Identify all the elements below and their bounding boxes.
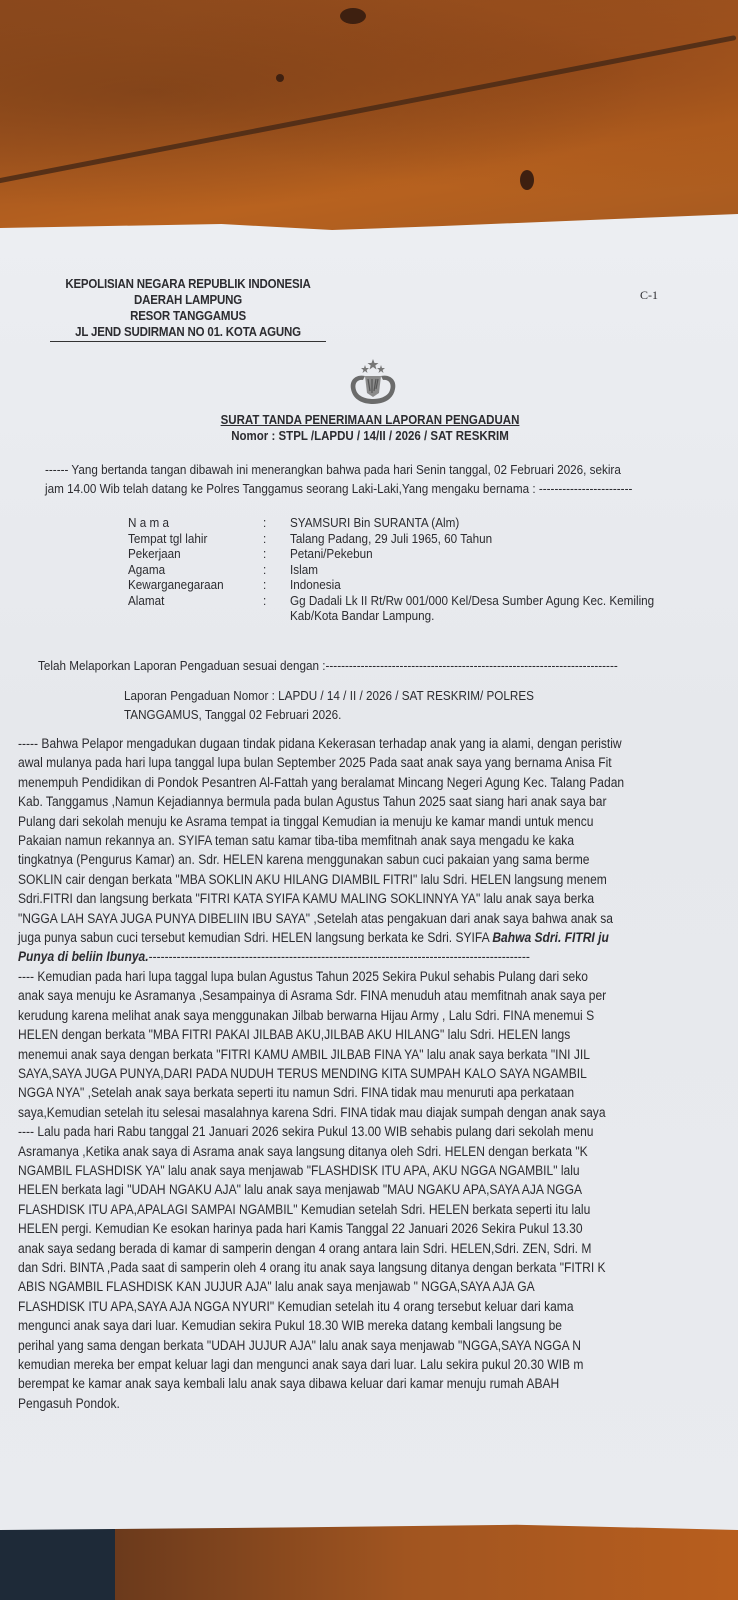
intro-line: jam 14.00 Wib telah datang ke Polres Tan… <box>45 479 675 498</box>
narrative-line: HELEN berkata lagi "UDAH NGAKU AJA" lalu… <box>18 1180 648 1199</box>
narrative-line: awal mulanya pada hari lupa tanggal lupa… <box>18 753 648 772</box>
report-number: Laporan Pengaduan Nomor : LAPDU / 14 / I… <box>124 686 534 724</box>
narrative-line: "NGGA LAH SAYA JUGA PUNYA DIBELIIN IBU S… <box>18 909 648 928</box>
narrative-line: kerudung karena melihat anak saya menggu… <box>18 1006 648 1025</box>
narrative-line: kemudian mereka ber empat keluar lagi da… <box>18 1355 648 1374</box>
emphasis-text: Punya di beliin Ibunya. <box>18 949 149 964</box>
narrative-line: anak saya sedang berada di kamar di samp… <box>18 1239 648 1258</box>
reporter-identity: N a m a:SYAMSURI Bin SURANTA (Alm) Tempa… <box>128 515 654 624</box>
narrative-line: anak saya menuju ke Asramanya ,Sesampain… <box>18 986 648 1005</box>
letterhead: KEPOLISIAN NEGARA REPUBLIK INDONESIA DAE… <box>50 276 326 342</box>
wood-crack <box>0 35 737 185</box>
wood-knot <box>340 8 366 24</box>
narrative-line: ---- Kemudian pada hari lupa taggal lupa… <box>18 967 648 986</box>
narrative-line: NGAMBIL FLASHDISK YA" lalu anak saya men… <box>18 1161 648 1180</box>
narrative-line: Asramanya ,Ketika anak saya di Asrama an… <box>18 1142 648 1161</box>
title-number: Nomor : STPL /LAPDU / 14/II / 2026 / SAT… <box>195 428 545 444</box>
police-emblem-icon <box>343 357 403 407</box>
police-report-document: KEPOLISIAN NEGARA REPUBLIK INDONESIA DAE… <box>0 212 738 1530</box>
narrative-line: FLASHDISK ITU APA,APALAGI SAMPAI NGAMBIL… <box>18 1200 648 1219</box>
complaint-narrative: ----- Bahwa Pelapor mengadukan dugaan ti… <box>18 734 648 1413</box>
report-intro: Telah Melaporkan Laporan Pengaduan sesua… <box>38 656 668 675</box>
report-number-line: TANGGAMUS, Tanggal 02 Februari 2026. <box>124 705 534 724</box>
narrative-line: HELEN dengan berkata "MBA FITRI PAKAI JI… <box>18 1025 648 1044</box>
narrative-line: Pengasuh Pondok. <box>18 1394 648 1413</box>
identity-row-name: N a m a:SYAMSURI Bin SURANTA (Alm) <box>128 515 654 531</box>
narrative-line: Pulang dari sekolah menuju ke Asrama tem… <box>18 812 648 831</box>
narrative-line: Pakaian namun rekannya an. SYIFA teman s… <box>18 831 648 850</box>
narrative-line: HELEN pergi. Kemudian Ke esokan harinya … <box>18 1219 648 1238</box>
narrative-line: FLASHDISK ITU APA,SAYA AJA NGGA NYURI" K… <box>18 1297 648 1316</box>
letterhead-line: KEPOLISIAN NEGARA REPUBLIK INDONESIA <box>50 276 326 292</box>
narrative-line: ABIS NGAMBIL FLASHDISK KAN JUJUR AJA" la… <box>18 1277 648 1296</box>
letterhead-line: RESOR TANGGAMUS <box>50 308 326 324</box>
narrative-line: Punya di beliin Ibunya.-----------------… <box>18 947 648 966</box>
narrative-line: menemui anak saya dengan berkata "FITRI … <box>18 1045 648 1064</box>
form-code: C-1 <box>640 288 658 303</box>
wooden-table-top <box>0 0 738 230</box>
narrative-line: SAYA,SAYA JUGA PUNYA,DARI PADA NUDUH TER… <box>18 1064 648 1083</box>
narrative-line: mengunci anak saya dari luar. Kemudian s… <box>18 1316 648 1335</box>
narrative-line: ----- Bahwa Pelapor mengadukan dugaan ti… <box>18 734 648 753</box>
identity-row-job: Pekerjaan:Petani/Pekebun <box>128 546 654 562</box>
document-title: SURAT TANDA PENERIMAAN LAPORAN PENGADUAN… <box>195 412 545 444</box>
narrative-line: dan Sdri. BINTA ,Pada saat di samperin o… <box>18 1258 648 1277</box>
emphasis-text: Bahwa Sdri. FITRI ju <box>492 930 609 945</box>
identity-row-citizenship: Kewarganegaraan:Indonesia <box>128 577 654 593</box>
wood-knot <box>520 170 534 190</box>
narrative-line: tingkatnya (Pengurus Kamar) an. Sdr. HEL… <box>18 850 648 869</box>
report-number-line: Laporan Pengaduan Nomor : LAPDU / 14 / I… <box>124 686 534 705</box>
intro-paragraph: ------ Yang bertanda tangan dibawah ini … <box>45 460 675 498</box>
identity-row-birth: Tempat tgl lahir:Talang Padang, 29 Juli … <box>128 531 654 547</box>
narrative-line: berempat ke kamar anak saya kembali lalu… <box>18 1374 648 1393</box>
identity-row-religion: Agama:Islam <box>128 562 654 578</box>
identity-row-address-cont: Kab/Kota Bandar Lampung. <box>128 608 654 624</box>
narrative-line: menempuh Pendidikan di Pondok Pesantren … <box>18 773 648 792</box>
letterhead-address: JL JEND SUDIRMAN NO 01. KOTA AGUNG <box>50 324 326 342</box>
narrative-line: saya,Kemudian setelah itu selesai masala… <box>18 1103 648 1122</box>
narrative-line: ---- Lalu pada hari Rabu tanggal 21 Janu… <box>18 1122 648 1141</box>
letterhead-line: DAERAH LAMPUNG <box>50 292 326 308</box>
intro-line: ------ Yang bertanda tangan dibawah ini … <box>45 460 675 479</box>
wood-knot <box>276 74 284 82</box>
identity-row-address: Alamat:Gg Dadali Lk II Rt/Rw 001/000 Kel… <box>128 593 654 609</box>
narrative-line: Kab. Tanggamus ,Namun Kejadiannya bermul… <box>18 792 648 811</box>
wooden-table-bottom <box>0 1520 738 1600</box>
title-main: SURAT TANDA PENERIMAAN LAPORAN PENGADUAN <box>195 412 545 428</box>
narrative-line: perihal yang sama dengan berkata "UDAH J… <box>18 1336 648 1355</box>
narrative-line: Sdri.FITRI dan langsung berkata "FITRI K… <box>18 889 648 908</box>
narrative-line: NGGA NYA" ,Setelah anak saya berkata sep… <box>18 1083 648 1102</box>
narrative-line: SOKLIN cair dengan berkata "MBA SOKLIN A… <box>18 870 648 889</box>
narrative-line: juga punya sabun cuci tersebut kemudian … <box>18 928 648 947</box>
